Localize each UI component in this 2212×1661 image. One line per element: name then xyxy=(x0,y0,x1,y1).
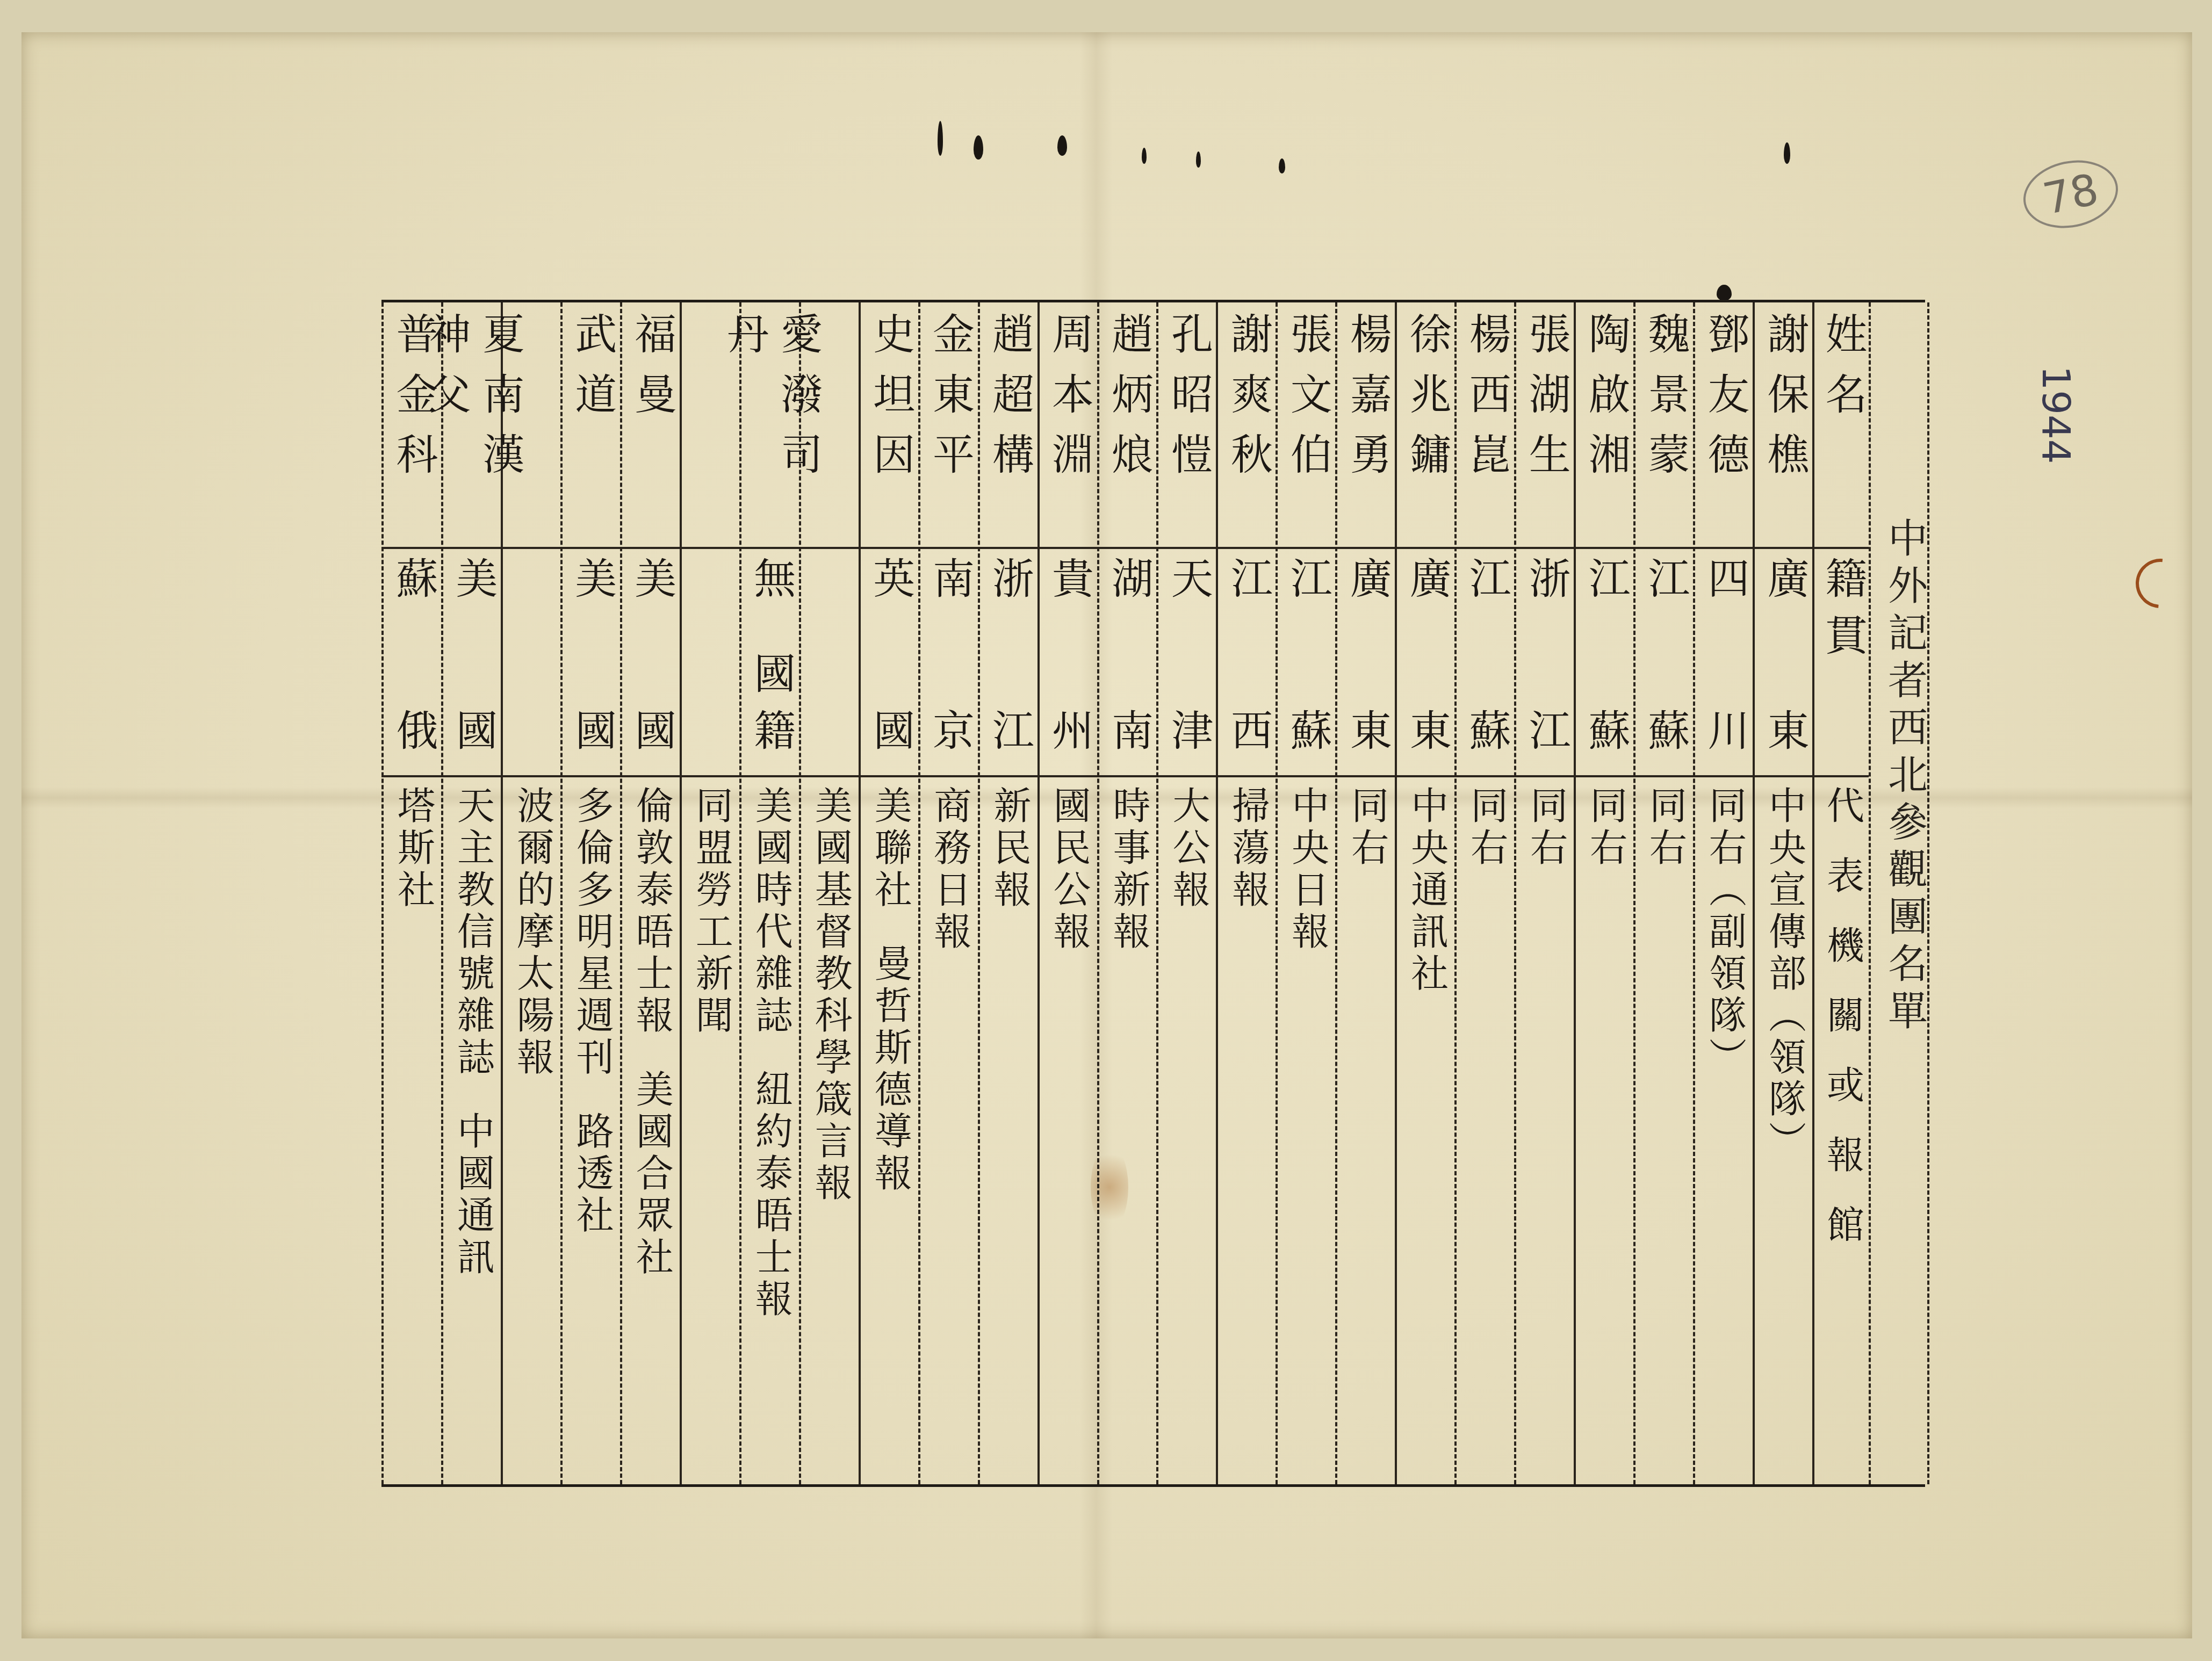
member-origin: 四川 xyxy=(1695,547,1755,775)
member-origin: 浙江 xyxy=(980,547,1040,775)
member-organization: 波爾的摩太陽報 xyxy=(503,775,563,1484)
member-name: 徐兆鏞 xyxy=(1397,312,1457,548)
member-origin: 美國 xyxy=(563,547,622,775)
member-organization: 美聯社曼哲斯德導報 xyxy=(861,775,920,1484)
table-row: 謝保樵廣東中央宣傳部（領隊） xyxy=(1753,302,1814,1484)
title-column: 中外記者西北參觀團名單 xyxy=(1869,302,1929,1484)
member-organization: 大公報 xyxy=(1158,775,1218,1484)
member-list-table: 姓名 籍貫 代表機關或報館 中外記者西北參觀團名單 謝保樵廣東中央宣傳部（領隊）… xyxy=(381,300,1925,1487)
member-organization: 塔斯社 xyxy=(384,775,443,1484)
table-row: 普金科蘇俄塔斯社 xyxy=(381,302,443,1484)
header-org: 代表機關或報館 xyxy=(1814,775,1871,1484)
member-origin: 浙江 xyxy=(1516,547,1576,775)
member-name: 夏南漢神父 xyxy=(443,312,503,548)
header-origin: 籍貫 xyxy=(1814,547,1871,775)
table-row: 張文伯江蘇中央日報 xyxy=(1276,302,1337,1484)
table-row: 陶啟湘江蘇同右 xyxy=(1574,302,1635,1484)
member-organization: 掃蕩報 xyxy=(1218,775,1278,1484)
member-name: 福曼 xyxy=(622,312,682,548)
table-row: 金東平南京商務日報 xyxy=(918,302,980,1484)
year-annotation: 1944 xyxy=(2034,365,2079,464)
member-origin xyxy=(503,547,563,775)
header-name: 姓名 xyxy=(1814,312,1871,548)
table-row: 同盟勞工新聞 xyxy=(680,302,741,1484)
member-origin: 貴州 xyxy=(1040,547,1099,775)
ink-mark xyxy=(1279,158,1285,174)
table-row: 鄧友德四川同右（副領隊） xyxy=(1693,302,1755,1484)
member-name: 謝爽秋 xyxy=(1218,312,1278,548)
member-name: 鄧友德 xyxy=(1695,312,1755,548)
member-origin: 廣東 xyxy=(1755,547,1814,775)
header-column: 姓名 籍貫 代表機關或報館 xyxy=(1812,302,1871,1484)
member-name: 金東平 xyxy=(920,312,980,548)
member-name: 趙超構 xyxy=(980,312,1040,548)
member-organization: 國民公報 xyxy=(1040,775,1099,1484)
table-row: 周本淵貴州國民公報 xyxy=(1037,302,1099,1484)
member-organization: 中央通訊社 xyxy=(1397,775,1457,1484)
ink-mark xyxy=(1057,135,1067,156)
member-origin: 江蘇 xyxy=(1278,547,1337,775)
member-organization: 多倫多明星週刊路透社 xyxy=(563,775,622,1484)
member-name: 史坦因 xyxy=(861,312,920,548)
member-origin: 廣東 xyxy=(1397,547,1457,775)
member-name: 張湖生 xyxy=(1516,312,1576,548)
table-row: 趙超構浙江新民報 xyxy=(978,302,1040,1484)
table-row: 史坦因英國美聯社曼哲斯德導報 xyxy=(859,302,920,1484)
member-organization: 美國基督教科學箴言報 xyxy=(801,775,861,1484)
member-origin: 江蘇 xyxy=(1576,547,1635,775)
table-row: 孔昭愷天津大公報 xyxy=(1156,302,1218,1484)
member-name: 謝保樵 xyxy=(1755,312,1814,548)
member-origin: 江蘇 xyxy=(1457,547,1516,775)
member-origin: 江西 xyxy=(1218,547,1278,775)
table-row: 楊西崑江蘇同右 xyxy=(1454,302,1516,1484)
member-organization: 中央日報 xyxy=(1278,775,1337,1484)
table-row: 楊嘉勇廣東同右 xyxy=(1335,302,1397,1484)
ink-mark xyxy=(974,135,983,160)
member-origin: 廣東 xyxy=(1337,547,1397,775)
table-row: 愛潑司丹無國籍美國時代雜誌紐約泰晤士報 xyxy=(739,302,801,1484)
member-origin: 英國 xyxy=(861,547,920,775)
member-origin: 江蘇 xyxy=(1635,547,1695,775)
member-name: 魏景蒙 xyxy=(1635,312,1695,548)
member-organization: 同右 xyxy=(1576,775,1635,1484)
member-origin: 湖南 xyxy=(1099,547,1159,775)
member-name: 普金科 xyxy=(384,312,443,548)
member-origin: 無國籍 xyxy=(741,547,801,775)
table-row: 魏景蒙江蘇同右 xyxy=(1633,302,1695,1484)
member-organization: 天主教信號雜誌中國通訊 xyxy=(443,775,503,1484)
member-organization: 同右 xyxy=(1457,775,1516,1484)
member-name: 武道 xyxy=(563,312,622,548)
member-name: 孔昭愷 xyxy=(1158,312,1218,548)
member-name: 張文伯 xyxy=(1278,312,1337,548)
member-organization: 商務日報 xyxy=(920,775,980,1484)
member-name: 楊嘉勇 xyxy=(1337,312,1397,548)
member-organization: 同右 xyxy=(1635,775,1695,1484)
member-origin xyxy=(682,547,741,775)
member-origin: 蘇俄 xyxy=(384,547,443,775)
ink-mark xyxy=(1196,151,1201,168)
member-organization: 時事新報 xyxy=(1099,775,1159,1484)
member-name: 陶啟湘 xyxy=(1576,312,1635,548)
member-organization: 中央宣傳部（領隊） xyxy=(1755,775,1814,1484)
table-row: 張湖生浙江同右 xyxy=(1514,302,1576,1484)
member-organization: 新民報 xyxy=(980,775,1040,1484)
ink-mark xyxy=(1784,142,1790,164)
table-row: 夏南漢神父美國天主教信號雜誌中國通訊 xyxy=(441,302,503,1484)
ink-mark xyxy=(1717,285,1732,301)
table-row: 趙炳烺湖南時事新報 xyxy=(1097,302,1159,1484)
table-row: 福曼美國倫敦泰晤士報美國合眾社 xyxy=(620,302,682,1484)
member-organization: 同右 xyxy=(1337,775,1397,1484)
page-number: 78 xyxy=(2039,164,2103,224)
table-row: 武道美國多倫多明星週刊路透社 xyxy=(560,302,622,1484)
table-row: 徐兆鏞廣東中央通訊社 xyxy=(1395,302,1457,1484)
member-organization: 美國時代雜誌紐約泰晤士報 xyxy=(741,775,801,1484)
member-origin: 美國 xyxy=(622,547,682,775)
member-organization: 同右（副領隊） xyxy=(1695,775,1755,1484)
member-organization: 同右 xyxy=(1516,775,1576,1484)
ink-mark xyxy=(1142,148,1147,164)
member-name xyxy=(682,312,741,548)
member-organization: 倫敦泰晤士報美國合眾社 xyxy=(622,775,682,1484)
member-name: 愛潑司丹 xyxy=(741,312,801,548)
member-name: 楊西崑 xyxy=(1457,312,1516,548)
member-origin: 天津 xyxy=(1158,547,1218,775)
member-origin: 美國 xyxy=(443,547,503,775)
member-origin xyxy=(801,547,861,775)
member-origin: 南京 xyxy=(920,547,980,775)
member-organization: 同盟勞工新聞 xyxy=(682,775,741,1484)
member-name: 趙炳烺 xyxy=(1099,312,1159,548)
table-row: 謝爽秋江西掃蕩報 xyxy=(1216,302,1278,1484)
member-name: 周本淵 xyxy=(1040,312,1099,548)
document-title: 中外記者西北參觀團名單 xyxy=(1876,517,1933,1037)
